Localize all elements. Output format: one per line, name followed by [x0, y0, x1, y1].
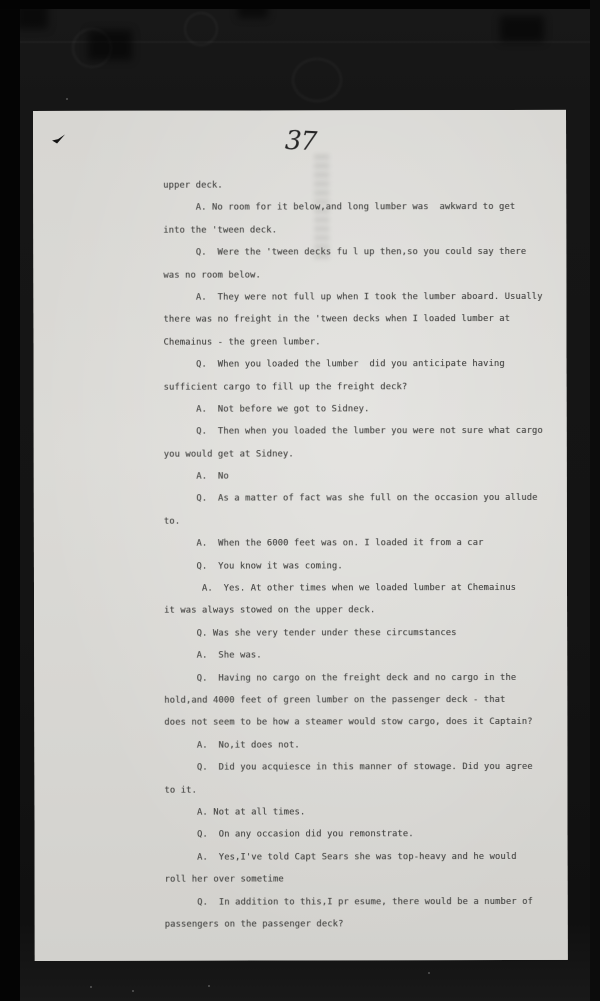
transcript-line: Q. As a matter of fact was she full on t…	[164, 487, 544, 510]
film-edge-left	[0, 0, 20, 1001]
transcript-line: A. When the 6000 feet was on. I loaded i…	[164, 532, 544, 555]
transcript-line: Q. Having no cargo on the freight deck a…	[164, 667, 544, 690]
transcript-line: Q. When you loaded the lumber did you an…	[164, 353, 544, 376]
check-mark-icon	[52, 134, 66, 144]
film-blotch	[500, 16, 544, 42]
transcript-line: Q. On any occasion did you remonstrate.	[164, 823, 544, 846]
transcript-line: to it.	[164, 778, 544, 801]
film-edge-top	[0, 0, 600, 9]
film-speck	[208, 985, 210, 987]
transcript-text: upper deck. A. No room for it below,and …	[163, 174, 545, 936]
transcript-line: passengers on the passenger deck?	[165, 913, 545, 936]
transcript-line: you would get at Sidney.	[164, 443, 544, 466]
transcript-line: Q. Then when you loaded the lumber you w…	[164, 420, 544, 443]
document-page: 37 upper deck. A. No room for it below,a…	[33, 110, 568, 961]
film-blotch	[88, 30, 132, 60]
film-speck	[66, 98, 68, 100]
transcript-line: A. No room for it below,and long lumber …	[163, 196, 543, 219]
transcript-line: A. Yes,I've told Capt Sears she was top-…	[165, 846, 545, 869]
film-speck	[132, 990, 134, 992]
transcript-line: into the 'tween deck.	[163, 219, 543, 242]
transcript-line: roll her over sometime	[165, 868, 545, 891]
transcript-line: upper deck.	[163, 174, 543, 197]
transcript-line: was no room below.	[163, 263, 543, 286]
transcript-line: A. Not before we got to Sidney.	[164, 398, 544, 421]
film-speck	[428, 972, 430, 974]
transcript-line: Q. In addition to this,I pr esume, there…	[165, 890, 545, 913]
film-speck	[90, 986, 92, 988]
film-edge-right	[590, 0, 600, 1001]
transcript-line: A. She was.	[164, 644, 544, 667]
transcript-line: A. No	[164, 465, 544, 488]
transcript-line: Q. You know it was coming.	[164, 555, 544, 578]
transcript-line: Q. Were the 'tween decks fu l up then,so…	[163, 241, 543, 264]
transcript-line: there was no freight in the 'tween decks…	[163, 308, 543, 331]
film-artifact-ring	[292, 58, 342, 102]
transcript-line: Q. Was she very tender under these circu…	[164, 622, 544, 645]
transcript-line: it was always stowed on the upper deck.	[164, 599, 544, 622]
transcript-line: sufficient cargo to fill up the freight …	[164, 375, 544, 398]
film-artifact-ring	[184, 12, 218, 46]
page-number: 37	[284, 126, 317, 158]
transcript-line: does not seem to be how a steamer would …	[164, 711, 544, 734]
transcript-line: A. Not at all times.	[164, 801, 544, 824]
film-background: 37 upper deck. A. No room for it below,a…	[0, 0, 600, 1001]
transcript-line: A. They were not full up when I took the…	[163, 286, 543, 309]
transcript-line: Chemainus - the green lumber.	[163, 331, 543, 354]
transcript-line: A. Yes. At other times when we loaded lu…	[164, 577, 544, 600]
transcript-line: Q. Did you acquiesce in this manner of s…	[164, 756, 544, 779]
transcript-line: hold,and 4000 feet of green lumber on th…	[164, 689, 544, 712]
transcript-line: to.	[164, 510, 544, 533]
transcript-line: A. No,it does not.	[164, 734, 544, 757]
